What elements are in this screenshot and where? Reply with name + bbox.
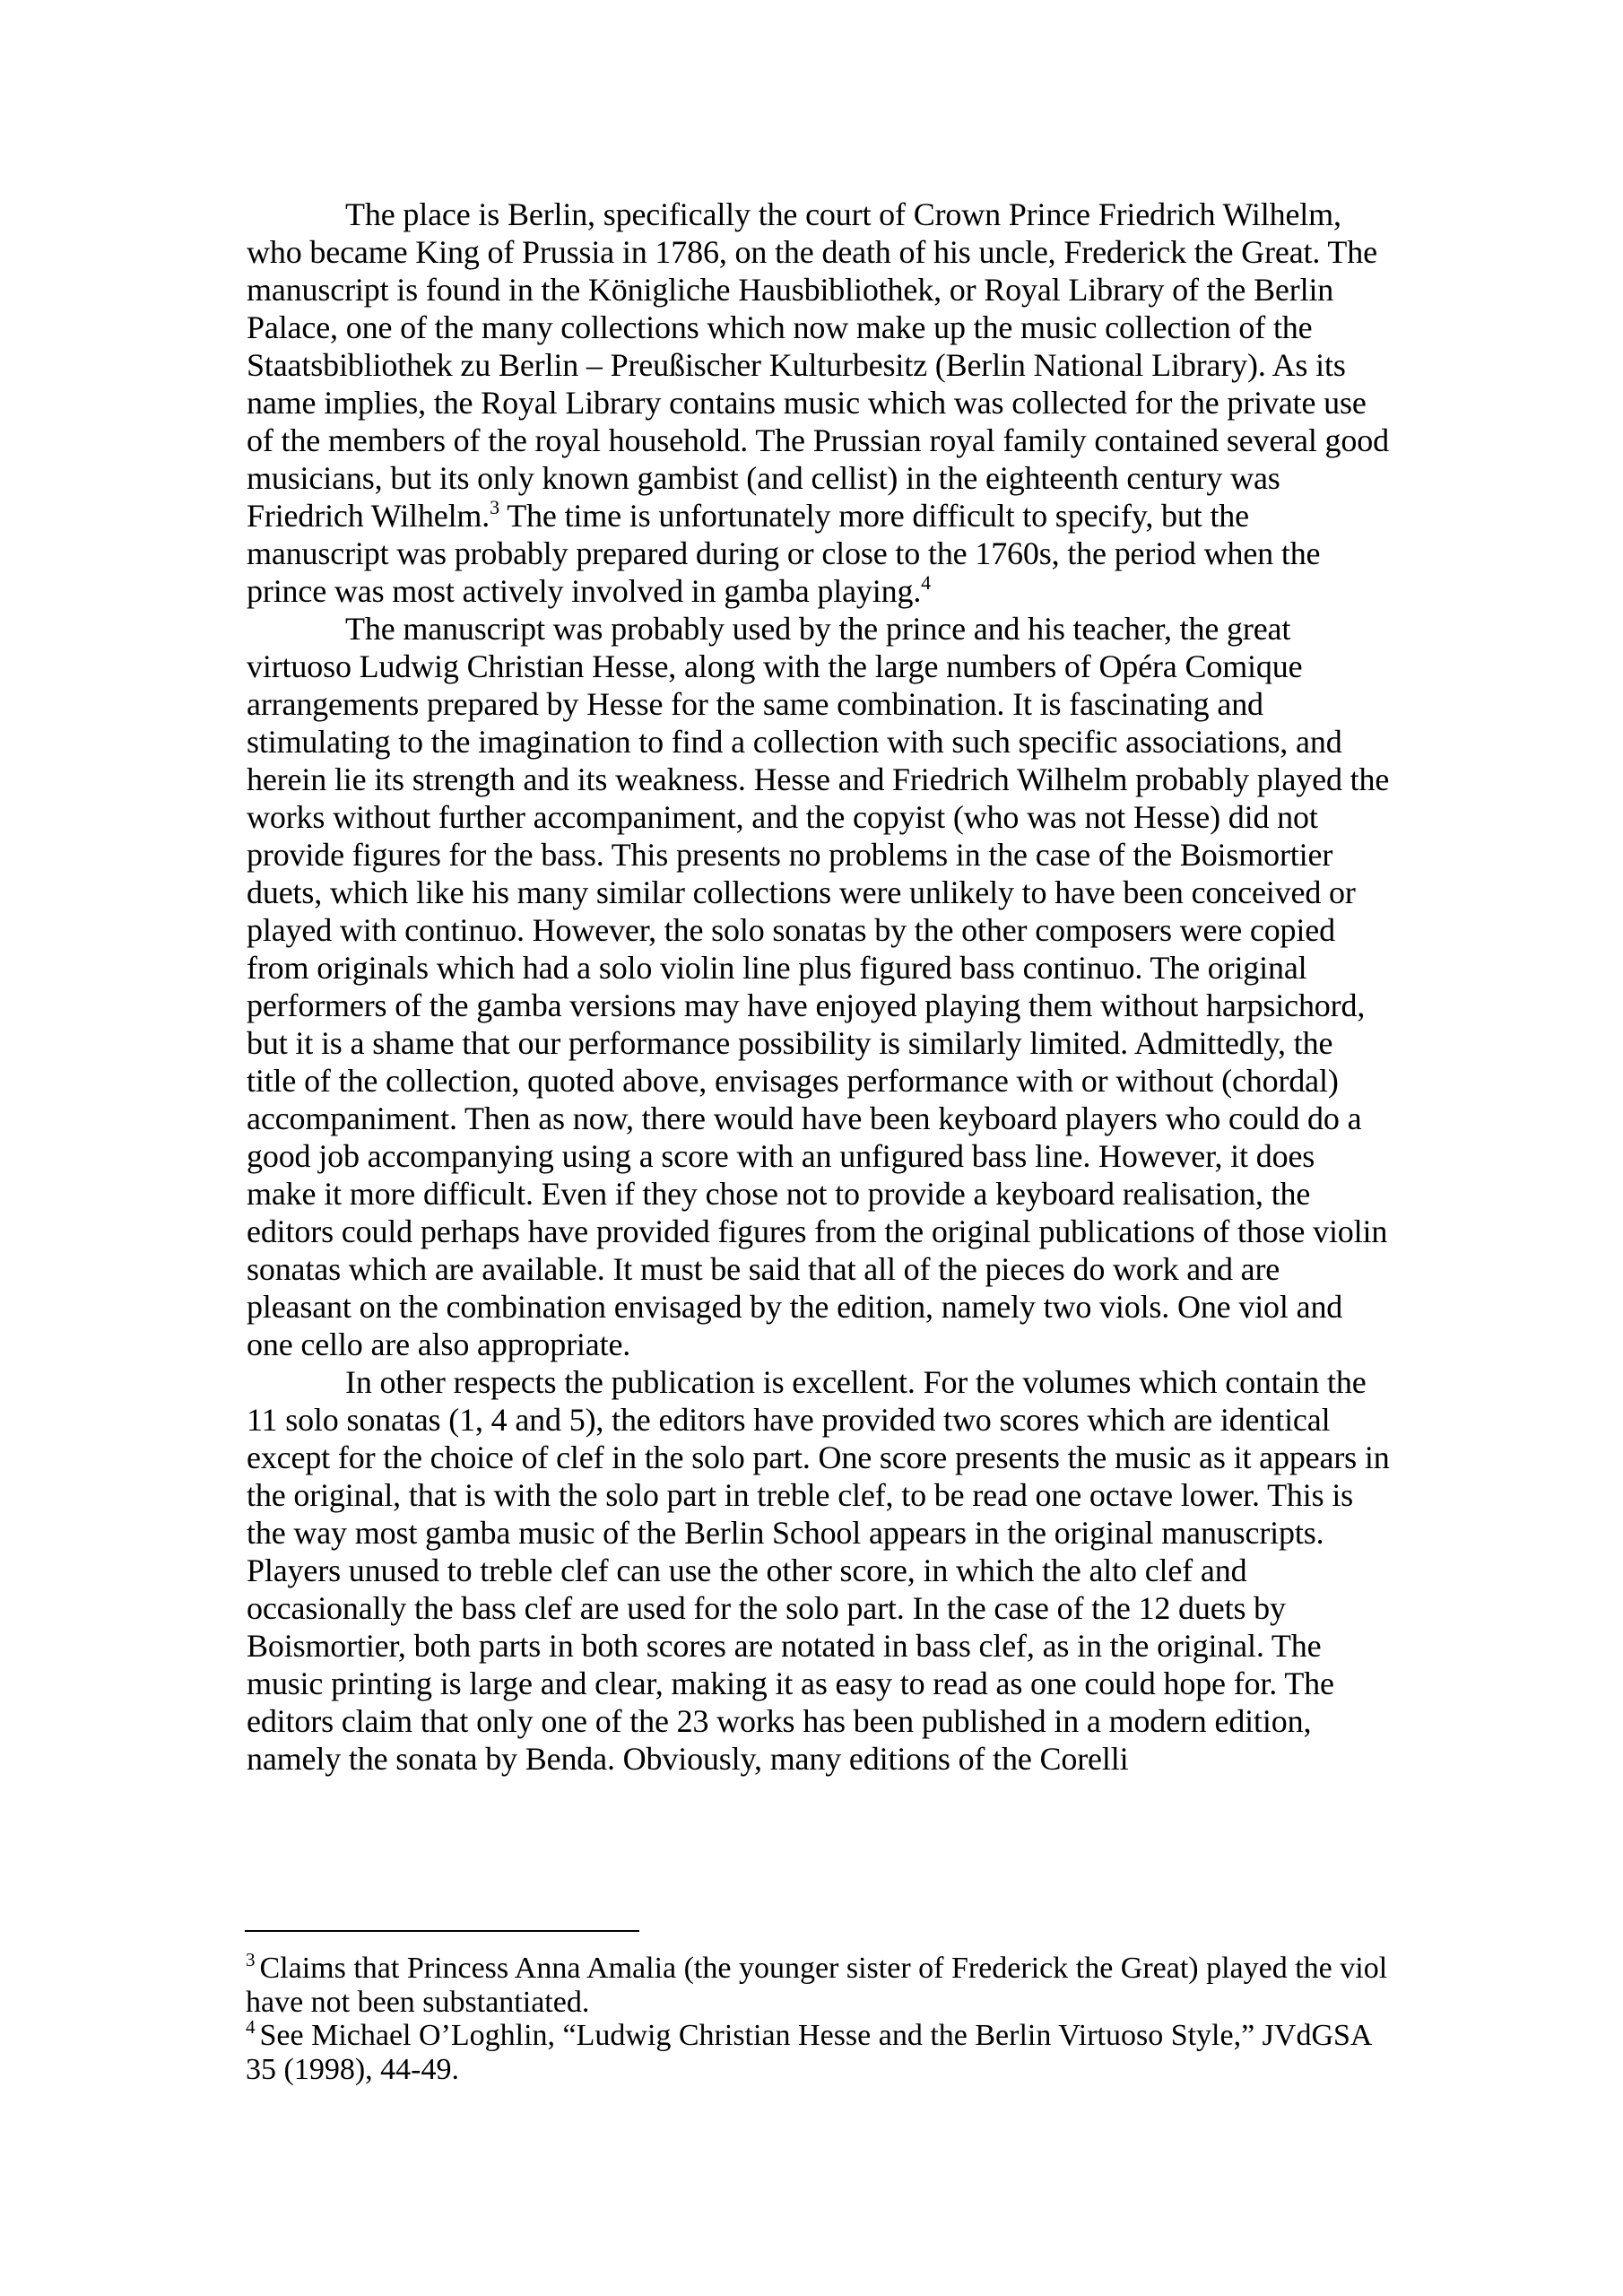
paragraph-2: The manuscript was probably used by the … [247, 610, 1390, 1363]
paragraph-1: The place is Berlin, specifically the co… [247, 196, 1390, 610]
footnote-4: 4See Michael O’Loghlin, “Ludwig Christia… [246, 2019, 1389, 2086]
footnote-number-4: 4 [246, 2016, 256, 2038]
footnote-text-4: See Michael O’Loghlin, “Ludwig Christian… [246, 2019, 1371, 2086]
body-text: The place is Berlin, specifically the co… [247, 196, 1390, 1778]
paragraph-1-text-a: The place is Berlin, specifically the co… [247, 196, 1389, 534]
paragraph-3-text: In other respects the publication is exc… [247, 1364, 1390, 1777]
footnote-ref-3[interactable]: 3 [490, 496, 499, 518]
footnote-3: 3Claims that Princess Anna Amalia (the y… [246, 1952, 1389, 2019]
footnote-separator-rule [245, 1930, 639, 1932]
document-page: The place is Berlin, specifically the co… [0, 0, 1623, 2296]
footnote-ref-4[interactable]: 4 [921, 571, 931, 594]
footnote-number-3: 3 [246, 1949, 256, 1970]
paragraph-2-text: The manuscript was probably used by the … [247, 611, 1389, 1362]
footnotes: 3Claims that Princess Anna Amalia (the y… [246, 1952, 1389, 2086]
paragraph-3: In other respects the publication is exc… [247, 1363, 1390, 1778]
footnote-text-3: Claims that Princess Anna Amalia (the yo… [246, 1952, 1387, 2019]
